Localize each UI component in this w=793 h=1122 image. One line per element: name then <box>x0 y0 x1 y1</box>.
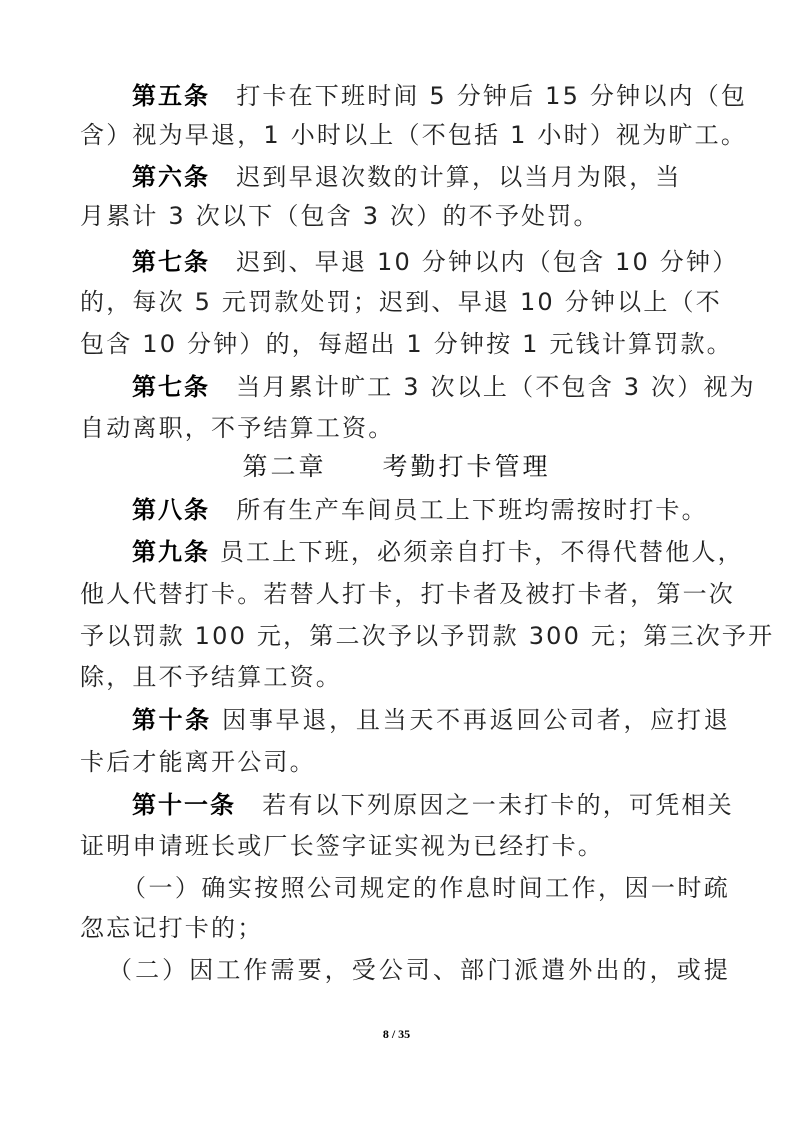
article-11-line-1: 第十一条 若有以下列原因之一未打卡的，可凭相关 <box>132 790 730 820</box>
article-9-line-4: 除，且不予结算工资。 <box>80 662 730 692</box>
article-label: 第五条 <box>132 82 210 110</box>
article-7-line-1: 第七条 迟到、早退 10 分钟以内（包含 10 分钟） <box>132 247 730 277</box>
article-9-line-3: 予以罚款 100 元，第二次予以予罚款 300 元；第三次予开 <box>80 621 730 651</box>
item-2-line-1: （二）因工作需要，受公司、部门派遣外出的，或提 <box>108 955 730 985</box>
article-6-line-2: 月累计 3 次以下（包含 3 次）的不予处罚。 <box>80 201 730 231</box>
article-7b-line-2: 自动离职，不予结算工资。 <box>80 413 730 443</box>
article-10-line-1: 第十条 因事早退，且当天不再返回公司者，应打退 <box>132 705 730 735</box>
article-7b-line-1: 第七条 当月累计旷工 3 次以上（不包含 3 次）视为 <box>132 372 730 402</box>
article-5-line-1: 第五条 打卡在下班时间 5 分钟后 15 分钟以内（包 <box>132 81 730 111</box>
article-5-line-2: 含）视为早退，1 小时以上（不包括 1 小时）视为旷工。 <box>80 120 730 150</box>
item-1-line-1: （一）确实按照公司规定的作息时间工作，因一时疏 <box>122 873 730 903</box>
item-1-line-2: 忽忘记打卡的； <box>80 913 730 943</box>
article-6-line-1: 第六条 迟到早退次数的计算，以当月为限，当 <box>132 162 730 192</box>
article-7-line-2: 的，每次 5 元罚款处罚；迟到、早退 10 分钟以上（不 <box>80 287 730 317</box>
article-label: 第七条 <box>132 373 210 401</box>
article-label: 第十一条 <box>132 791 236 819</box>
article-9-line-1: 第九条 员工上下班，必须亲自打卡，不得代替他人， <box>132 537 730 567</box>
article-label: 第六条 <box>132 163 210 191</box>
article-label: 第八条 <box>132 496 210 524</box>
article-9-line-2: 他人代替打卡。若替人打卡，打卡者及被打卡者，第一次 <box>80 579 730 609</box>
chapter-heading: 第二章 考勤打卡管理 <box>0 452 793 482</box>
document-page: 第五条 打卡在下班时间 5 分钟后 15 分钟以内（包 含）视为早退，1 小时以… <box>0 0 793 1122</box>
article-7-line-3: 包含 10 分钟）的，每超出 1 分钟按 1 元钱计算罚款。 <box>80 329 730 359</box>
article-label: 第七条 <box>132 248 210 276</box>
article-8-line-1: 第八条 所有生产车间员工上下班均需按时打卡。 <box>132 495 730 525</box>
article-10-line-2: 卡后才能离开公司。 <box>80 747 730 777</box>
page-number: 8 / 35 <box>0 1027 793 1042</box>
article-11-line-2: 证明申请班长或厂长签字证实视为已经打卡。 <box>80 831 730 861</box>
article-label: 第九条 <box>132 538 210 566</box>
article-label: 第十条 <box>132 706 212 734</box>
